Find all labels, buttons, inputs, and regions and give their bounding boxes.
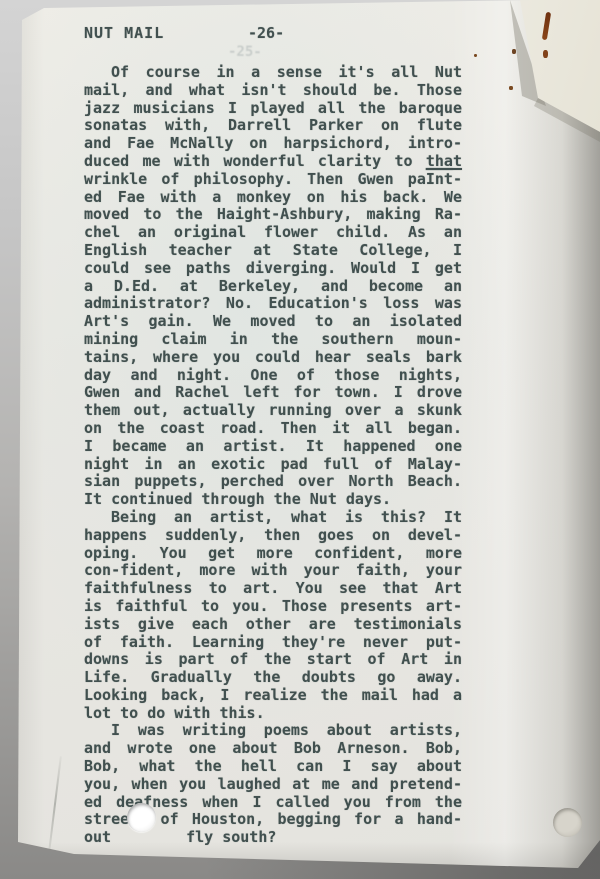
text-line: you, when you laughed at me and pretend- <box>84 776 462 794</box>
text-line: Life. Gradually the doubts go away. <box>84 669 462 687</box>
text-segment: administrator? No. Education's loss was <box>84 294 462 312</box>
paragraph: Of course in a sense it's all Nutmail, a… <box>84 64 462 509</box>
text-segment: Gwen and Rachel left for town. I drove <box>84 383 462 401</box>
text-line: con-fident, more with your faith, your <box>84 562 462 580</box>
text-segment: day and night. One of those nights, <box>84 366 462 384</box>
text-line: Gwen and Rachel left for town. I drove <box>84 384 462 402</box>
rust-stain <box>509 86 513 90</box>
text-line: wrinkle of philosophy. Then Gwen paInt- <box>84 171 462 189</box>
photo-background: NUT MAIL -26- -25- Of course in a sense … <box>0 0 600 879</box>
text-body: Of course in a sense it's all Nutmail, a… <box>84 64 462 847</box>
text-line: happens suddenly, then goes on devel- <box>84 527 462 545</box>
text-segment: a D.Ed. at Berkeley, and become an <box>84 277 462 295</box>
page-title: NUT MAIL <box>84 24 164 42</box>
text-segment: out <box>84 828 111 846</box>
text-segment: tains, where you could hear seals bark <box>84 348 462 366</box>
text-line: mail, and what isn't should be. Those <box>84 82 462 100</box>
paragraph: Being an artist, what is this? Ithappens… <box>84 509 462 723</box>
text-segment: English teacher at State College, I <box>84 241 462 259</box>
text-segment: that <box>426 152 462 170</box>
text-line: sonatas with, Darrell Parker on flute <box>84 117 462 135</box>
text-segment: I became an artist. It happened one <box>84 437 462 455</box>
rust-stain <box>512 49 516 54</box>
text-line: and wrote one about Bob Arneson. Bob, <box>84 740 462 758</box>
page-header: NUT MAIL -26- <box>84 24 462 40</box>
text-line: Art's gain. We moved to an isolated <box>84 313 462 331</box>
text-line: of faith. Learning they're never put- <box>84 634 462 652</box>
text-segment: sonatas with, Darrell Parker on flute <box>84 116 462 134</box>
text-line: Bob, what the hell can I say about <box>84 758 462 776</box>
text-line: lot to do with this. <box>84 705 462 723</box>
text-line: English teacher at State College, I <box>84 242 462 260</box>
text-segment: Bob, what the hell can I say about <box>84 757 462 775</box>
text-line: faithfulness to art. You see that Art <box>84 580 462 598</box>
text-line: them out, actually running over a skunk <box>84 402 462 420</box>
text-segment: happens suddenly, then goes on devel- <box>84 526 462 544</box>
text-line: could see paths diverging. Would I get <box>84 260 462 278</box>
text-segment: night in an exotic pad full of Malay- <box>84 455 462 473</box>
text-line: downs is part of the start of Art in <box>84 651 462 669</box>
text-segment: wrinkle of philosophy. Then Gwen pa <box>84 170 426 188</box>
text-segment: duced me with wonderful clarity to <box>84 152 426 170</box>
text-segment: It continued through the Nut days. <box>84 490 391 508</box>
text-segment: ed Fae with a monkey on his back. We <box>84 188 462 206</box>
text-segment: chel an original flower child. As an <box>84 223 462 241</box>
text-line: Looking back, I realize the mail had a <box>84 687 462 705</box>
hole-punch-right <box>553 808 582 837</box>
text-segment: mail, and what isn't should be. Those <box>84 81 462 99</box>
text-segment: Looking back, I realize the mail had a <box>84 686 462 704</box>
text-segment: them out, actually running over a skunk <box>84 401 462 419</box>
text-segment: sian puppets, perched over North Beach. <box>84 472 462 490</box>
text-segment: you, when you laughed at me and pretend- <box>84 775 462 793</box>
page-number: -26- <box>248 24 284 42</box>
text-line: mining claim in the southern moun- <box>84 331 462 349</box>
text-line: oping. You get more confident, more <box>84 545 462 563</box>
bleed-through-page-number: -25- <box>228 44 262 61</box>
text-segment: could see paths diverging. Would I get <box>84 259 462 277</box>
text-line: I was writing poems about artists, <box>84 722 462 740</box>
text-segment: and wrote one about Bob Arneson. Bob, <box>84 739 462 757</box>
text-line: sian puppets, perched over North Beach. <box>84 473 462 491</box>
text-segment: Int <box>426 170 453 188</box>
crease-line <box>48 756 62 852</box>
text-segment: is faithful to you. Those presents art- <box>84 597 462 615</box>
text-line: Being an artist, what is this? It <box>84 509 462 527</box>
text-line: I became an artist. It happened one <box>84 438 462 456</box>
text-line: a D.Ed. at Berkeley, and become an <box>84 278 462 296</box>
rust-stain <box>543 50 548 58</box>
text-line: night in an exotic pad full of Malay- <box>84 456 462 474</box>
text-line: moved to the Haight-Ashbury, making Ra- <box>84 206 462 224</box>
text-line: chel an original flower child. As an <box>84 224 462 242</box>
text-line: ists give each other are testimonials <box>84 616 462 634</box>
text-line: duced me with wonderful clarity to that <box>84 153 462 171</box>
text-segment: Art's gain. We moved to an isolated <box>84 312 462 330</box>
text-segment: faithfulness to art. You see that Art <box>84 579 462 597</box>
text-segment: moved to the Haight-Ashbury, making Ra- <box>84 205 462 223</box>
text-segment: Being an artist, what is this? It <box>111 508 462 526</box>
text-segment: Life. Gradually the doubts go away. <box>84 668 462 686</box>
text-line: on the coast road. Then it all began. <box>84 420 462 438</box>
hole-punch-left <box>127 803 156 832</box>
text-line: jazz musicians I played all the baroque <box>84 100 462 118</box>
text-segment: jazz musicians I played all the baroque <box>84 99 462 117</box>
text-segment: ists give each other are testimonials <box>84 615 462 633</box>
text-segment: of faith. Learning they're never put- <box>84 633 462 651</box>
text-segment: I was writing poems about artists, <box>111 721 462 739</box>
text-segment: fly south? <box>186 828 276 846</box>
text-segment: - <box>453 170 462 188</box>
text-line: administrator? No. Education's loss was <box>84 295 462 313</box>
text-segment: Of course in a sense it's all Nut <box>111 63 462 81</box>
text-segment: lot to do with this. <box>84 704 265 722</box>
document-page: NUT MAIL -26- -25- Of course in a sense … <box>14 0 600 872</box>
text-segment: on the coast road. Then it all began. <box>84 419 462 437</box>
hole-gap <box>111 841 186 842</box>
rust-stain <box>474 54 477 57</box>
text-line: It continued through the Nut days. <box>84 491 462 509</box>
text-segment: oping. You get more confident, more <box>84 544 462 562</box>
text-segment: and Fae McNally on harpsichord, intro- <box>84 134 462 152</box>
text-segment: mining claim in the southern moun- <box>84 330 462 348</box>
text-segment: downs is part of the start of Art in <box>84 650 462 668</box>
text-line: tains, where you could hear seals bark <box>84 349 462 367</box>
text-segment: con-fident, more with your faith, your <box>84 561 462 579</box>
text-line: and Fae McNally on harpsichord, intro- <box>84 135 462 153</box>
text-line: day and night. One of those nights, <box>84 367 462 385</box>
text-line: is faithful to you. Those presents art- <box>84 598 462 616</box>
text-line: Of course in a sense it's all Nut <box>84 64 462 82</box>
text-line: ed Fae with a monkey on his back. We <box>84 189 462 207</box>
